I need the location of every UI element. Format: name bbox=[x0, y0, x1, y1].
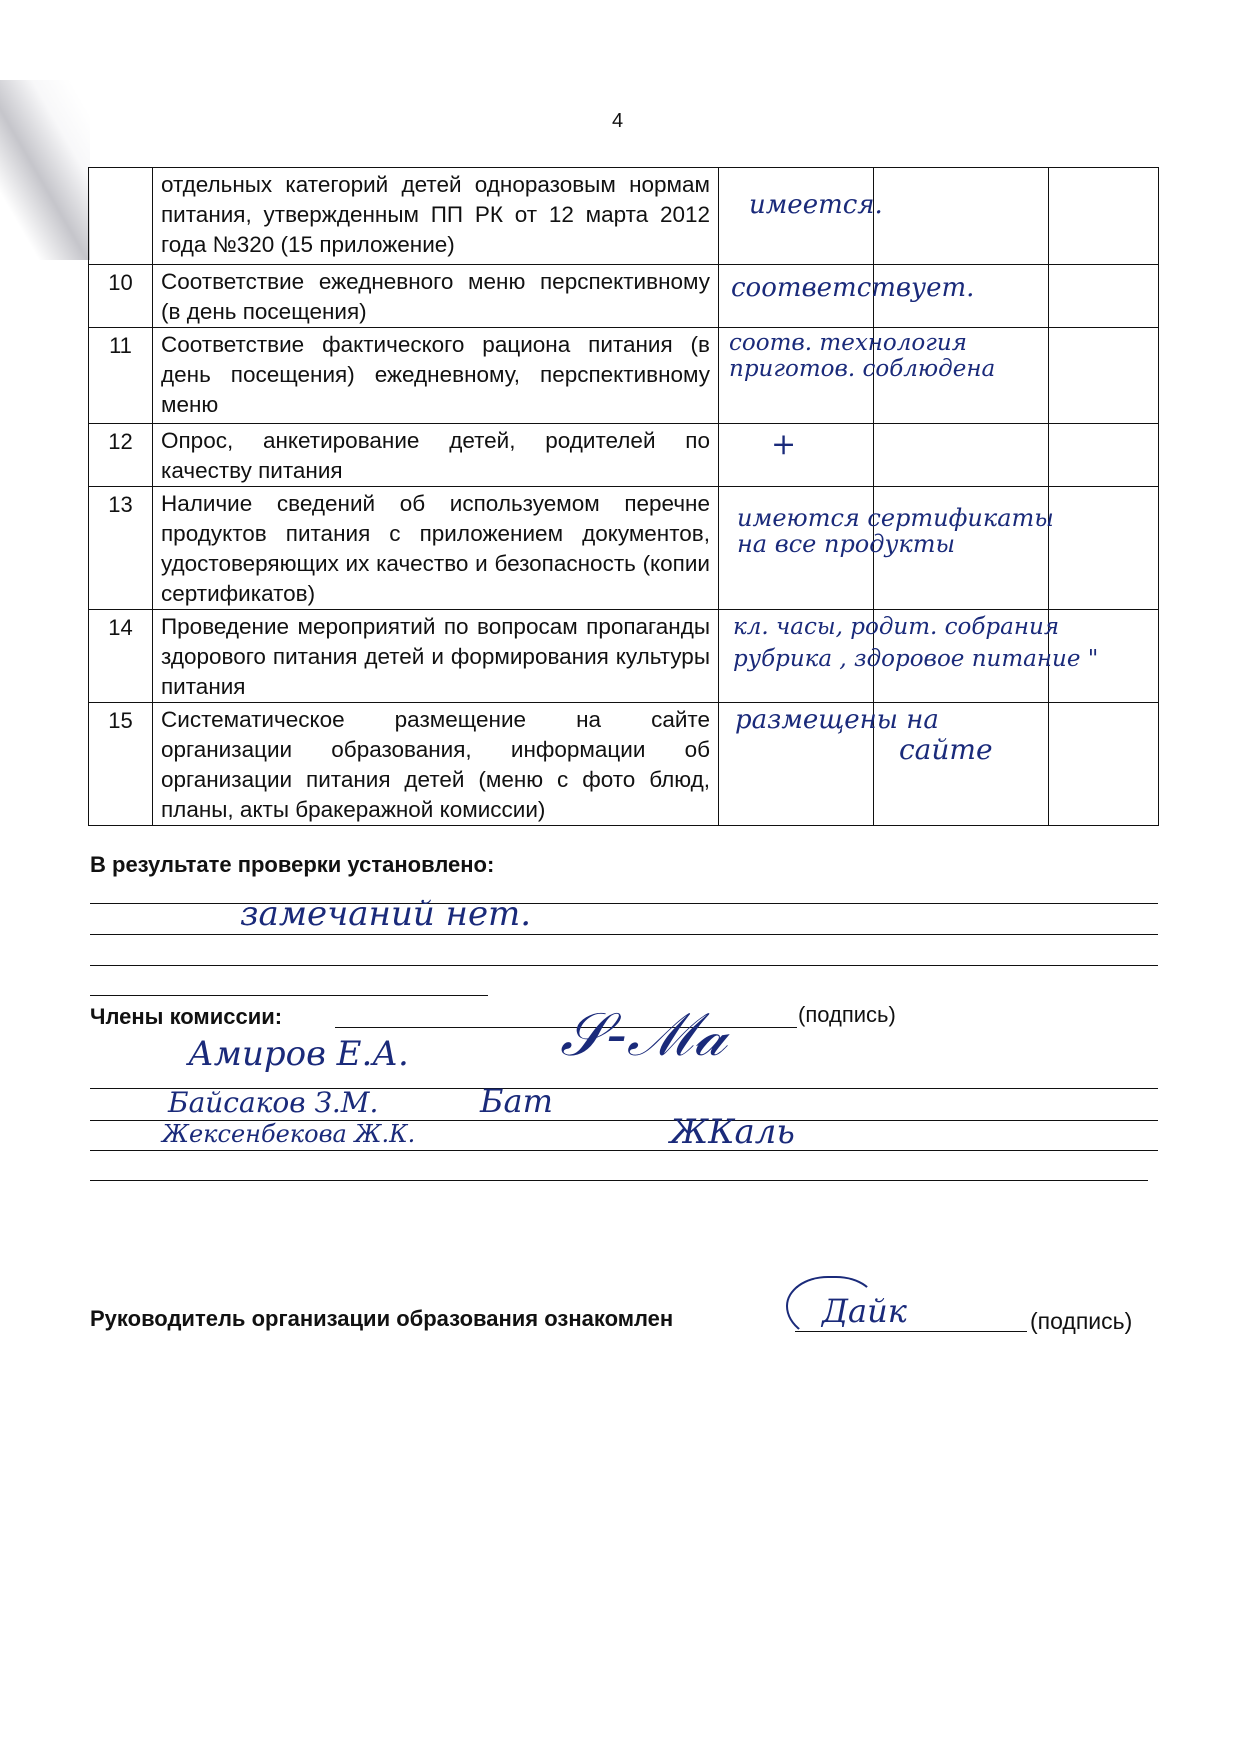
row-description: Соответствие фактического рациона питани… bbox=[153, 328, 719, 424]
table-row: 15 Систематическое размещение на сайте о… bbox=[89, 703, 1159, 826]
commission-line-3 bbox=[90, 1150, 1158, 1151]
commission-line-4 bbox=[90, 1180, 1148, 1181]
handwritten-cell: размещены на сайте bbox=[719, 703, 874, 826]
director-signature-hint: (подпись) bbox=[1030, 1308, 1132, 1335]
page-number: 4 bbox=[612, 110, 623, 133]
member-name: Амиров Е.А. bbox=[188, 1034, 409, 1074]
member-name: Байсаков З.М. bbox=[168, 1086, 378, 1119]
commission-label: Члены комиссии: bbox=[90, 1004, 282, 1030]
row-description: Наличие сведений об используемом перечне… bbox=[153, 487, 719, 610]
handwritten-note: размещены на bbox=[735, 705, 889, 735]
row-number: 14 bbox=[89, 610, 153, 703]
inspection-checklist-table: отдельных категорий детей одноразовым но… bbox=[88, 167, 1159, 826]
member-name: Жексенбекова Ж.К. bbox=[162, 1120, 415, 1148]
handwritten-cell: соответствует. bbox=[719, 265, 874, 328]
table-row: 13 Наличие сведений об используемом пере… bbox=[89, 487, 1159, 610]
row-description: Проведение мероприятий по вопросам пропа… bbox=[153, 610, 719, 703]
handwritten-note: кл. часы, родит. собрания bbox=[733, 612, 887, 642]
handwritten-note: соответствует. bbox=[731, 273, 885, 303]
row-number: 13 bbox=[89, 487, 153, 610]
empty-cell bbox=[1049, 424, 1159, 487]
row-number: 11 bbox=[89, 328, 153, 424]
row-description: Опрос, анкетирование детей, родителей по… bbox=[153, 424, 719, 487]
result-handwritten: замечаний нет. bbox=[240, 894, 531, 934]
handwritten-note: имеется. bbox=[749, 190, 903, 220]
handwritten-note: приготов. соблюдена bbox=[729, 354, 883, 384]
handwritten-note: сайте bbox=[899, 735, 1053, 765]
empty-cell bbox=[1049, 487, 1159, 610]
row-description: Систематическое размещение на сайте орга… bbox=[153, 703, 719, 826]
row-number bbox=[89, 168, 153, 265]
director-label: Руководитель организации образования озн… bbox=[90, 1306, 673, 1332]
result-heading: В результате проверки установлено: bbox=[90, 852, 494, 878]
director-signature-line bbox=[795, 1331, 1027, 1332]
handwritten-plus: + bbox=[771, 430, 925, 460]
signature-hint: (подпись) bbox=[798, 1002, 896, 1028]
row-description: отдельных категорий детей одноразовым но… bbox=[153, 168, 719, 265]
handwritten-note: на все продукты bbox=[737, 529, 891, 559]
separator-line bbox=[90, 995, 488, 996]
table-row: 12 Опрос, анкетирование детей, родителей… bbox=[89, 424, 1159, 487]
scan-fold-shadow bbox=[0, 80, 90, 260]
handwritten-cell: имеется. bbox=[719, 168, 874, 265]
director-signature: Дайк bbox=[822, 1292, 907, 1330]
table-row: 10 Соответствие ежедневного меню перспек… bbox=[89, 265, 1159, 328]
row-number: 10 bbox=[89, 265, 153, 328]
member-signature: ЖКаль bbox=[670, 1112, 795, 1152]
table-row: отдельных категорий детей одноразовым но… bbox=[89, 168, 1159, 265]
empty-cell bbox=[1049, 265, 1159, 328]
row-number: 15 bbox=[89, 703, 153, 826]
empty-cell bbox=[1049, 703, 1159, 826]
table-row: 14 Проведение мероприятий по вопросам пр… bbox=[89, 610, 1159, 703]
handwritten-cell: имеются сертификаты на все продукты bbox=[719, 487, 874, 610]
row-number: 12 bbox=[89, 424, 153, 487]
member-signature: Бат bbox=[480, 1082, 553, 1120]
handwritten-cell: + bbox=[719, 424, 874, 487]
result-line-3 bbox=[90, 965, 1158, 966]
handwritten-note: рубрика , здоровое питание " bbox=[733, 644, 887, 674]
handwritten-cell: соотв. технология приготов. соблюдена bbox=[719, 328, 874, 424]
empty-cell bbox=[1049, 328, 1159, 424]
member-signature: 𝒮-ℳ𝒶 bbox=[560, 1000, 727, 1070]
empty-cell bbox=[1049, 168, 1159, 265]
row-description: Соответствие ежедневного меню перспектив… bbox=[153, 265, 719, 328]
handwritten-cell: кл. часы, родит. собрания рубрика , здор… bbox=[719, 610, 874, 703]
table-row: 11 Соответствие фактического рациона пит… bbox=[89, 328, 1159, 424]
result-line-2 bbox=[90, 934, 1158, 935]
